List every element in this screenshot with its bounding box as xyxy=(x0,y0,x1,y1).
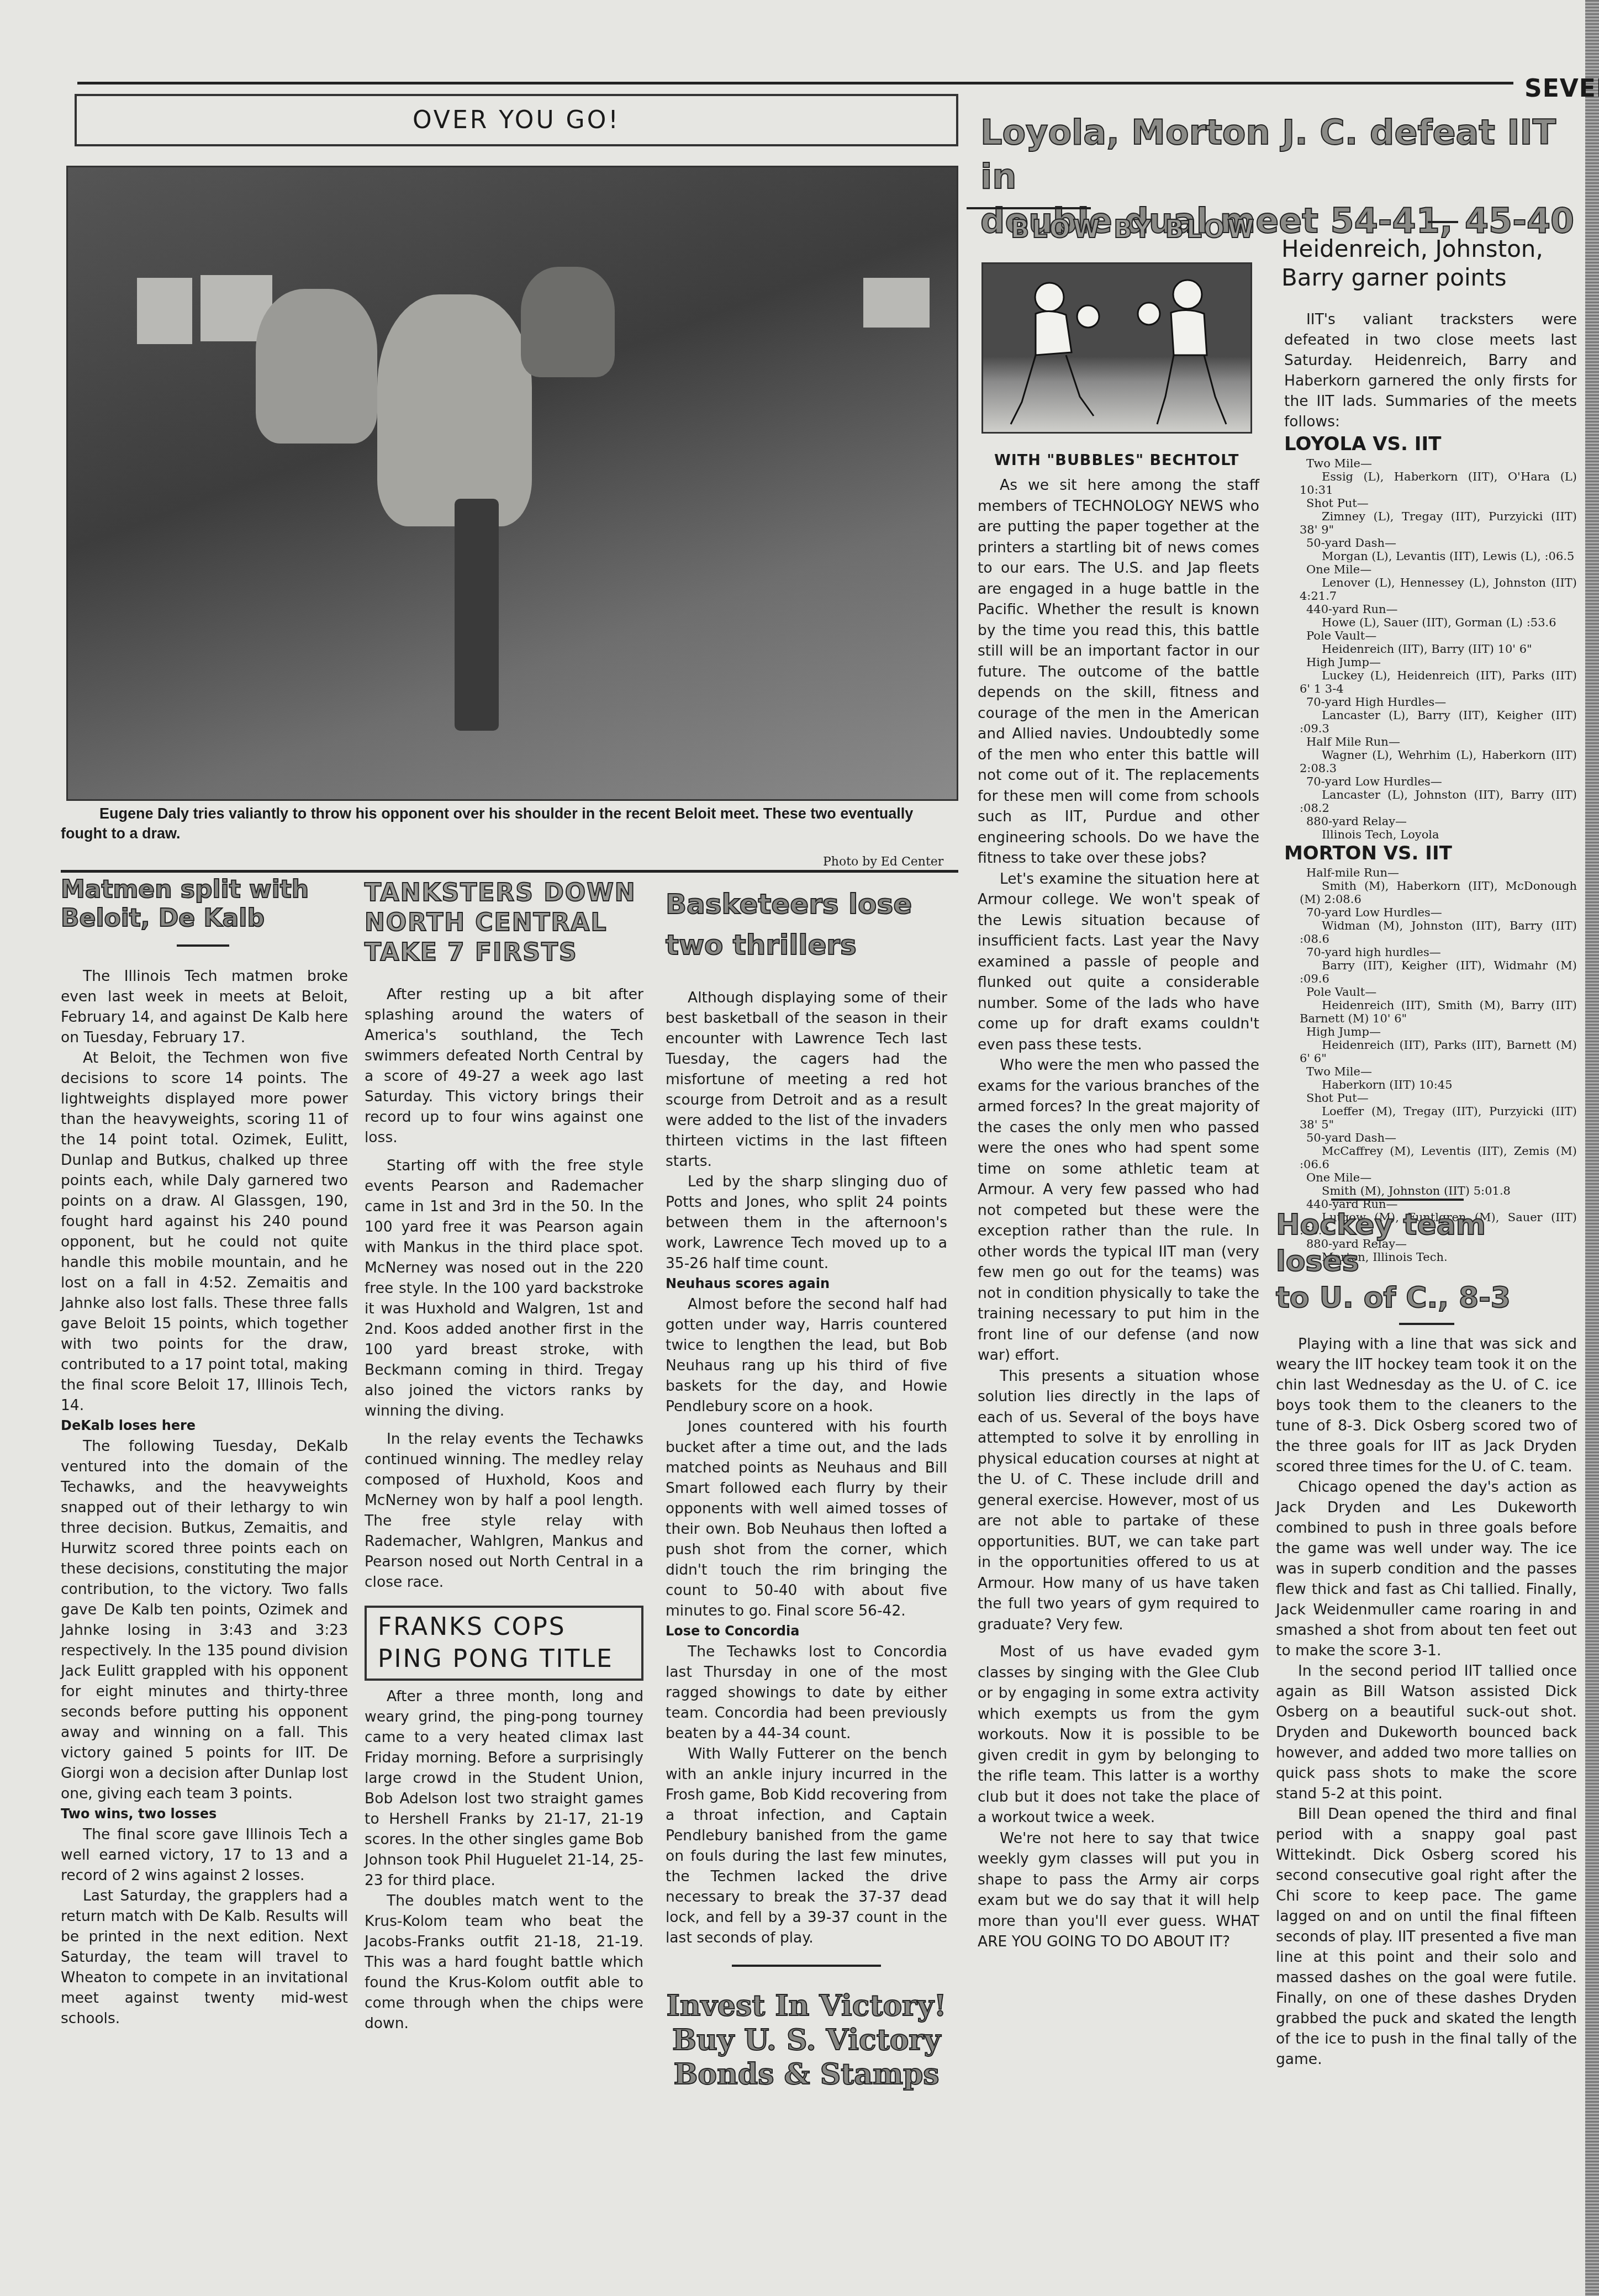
event-row: Half Mile Run—Wagner (L), Wehrhim (L), H… xyxy=(1284,735,1577,775)
photo-credit: Photo by Ed Center xyxy=(823,855,943,869)
hockey-article: Hockey team loses to U. of C., 8-3 Playi… xyxy=(1276,1207,1577,2070)
headline-rule xyxy=(967,207,1091,209)
event-row: Pole Vault—Heidenreich (IIT), Barry (IIT… xyxy=(1284,629,1577,656)
photo-title-text: OVER YOU GO! xyxy=(413,106,620,134)
photo-bottom-rule xyxy=(61,870,958,873)
headline-rule xyxy=(1399,1323,1454,1325)
track-article: IIT's valiant tracksters were defeated i… xyxy=(1284,309,1577,1264)
subhead: Two wins, two losses xyxy=(61,1804,348,1824)
section-rule xyxy=(1331,1199,1464,1201)
swimming-headline: TANKSTERS DOWN NORTH CENTRAL TAKE 7 FIRS… xyxy=(365,878,643,968)
headline-rule xyxy=(1428,221,1458,223)
blow-by-blow-column: As we sit here among the staff members o… xyxy=(978,475,1259,1952)
column-byline: WITH "BUBBLES" BECHTOLT xyxy=(994,452,1239,469)
morton-summary: Half-mile Run—Smith (M), Haberkorn (IIT)… xyxy=(1284,866,1577,1264)
column-title: BLOW BY BLOW xyxy=(1011,215,1257,244)
event-row: One Mile—Smith (M), Johnston (IIT) 5:01.… xyxy=(1284,1171,1577,1197)
wrestling-headline: Matmen split with Beloit, De Kalb xyxy=(61,875,348,933)
loyola-summary: Two Mile—Essig (L), Haberkorn (IIT), O'H… xyxy=(1284,457,1577,841)
morton-summary-title: MORTON VS. IIT xyxy=(1284,843,1577,864)
pingpong-headline-box: FRANKS COPS PING PONG TITLE xyxy=(365,1606,643,1681)
event-row: Shot Put—Loeffer (M), Tregay (IIT), Purz… xyxy=(1284,1091,1577,1131)
boxing-cartoon xyxy=(981,262,1252,434)
war-bonds-ad: Invest In Victory! Buy U. S. Victory Bon… xyxy=(666,1989,947,2092)
event-row: Pole Vault—Heidenreich (IIT), Smith (M),… xyxy=(1284,985,1577,1025)
event-row: Shot Put—Zimney (L), Tregay (IIT), Purzy… xyxy=(1284,497,1577,536)
section-rule xyxy=(732,1965,881,1967)
event-row: 70-yard High Hurdles—Lancaster (L), Barr… xyxy=(1284,695,1577,735)
event-row: Half-mile Run—Smith (M), Haberkorn (IIT)… xyxy=(1284,866,1577,906)
page-number: SEVEN xyxy=(1524,75,1599,103)
event-row: 50-yard Dash—McCaffrey (M), Leventis (II… xyxy=(1284,1131,1577,1171)
headline-rule xyxy=(177,944,229,947)
event-row: Two Mile—Essig (L), Haberkorn (IIT), O'H… xyxy=(1284,457,1577,497)
basketball-headline: Basketeers lose two thrillers xyxy=(666,884,947,965)
subhead: Neuhaus scores again xyxy=(666,1274,947,1294)
boxers-illustration-icon xyxy=(983,264,1252,434)
event-row: 50-yard Dash—Morgan (L), Levantis (IIT),… xyxy=(1284,536,1577,563)
loyola-summary-title: LOYOLA VS. IIT xyxy=(1284,434,1577,455)
page-binding-edge xyxy=(1585,0,1599,2296)
event-row: 440-yard Run—Howe (L), Sauer (IIT), Gorm… xyxy=(1284,603,1577,629)
basketball-article: Basketeers lose two thrillers Although d… xyxy=(666,884,947,2092)
photo-title: OVER YOU GO! xyxy=(75,94,958,146)
event-row: Two Mile—Haberkorn (IIT) 10:45 xyxy=(1284,1065,1577,1091)
wrestling-photo xyxy=(66,166,958,801)
hockey-headline: Hockey team loses to U. of C., 8-3 xyxy=(1276,1207,1577,1316)
event-row: 70-yard Low Hurdles—Widman (M), Johnston… xyxy=(1284,906,1577,946)
top-rule xyxy=(77,82,1513,85)
pingpong-article: After a three month, long and weary grin… xyxy=(365,1686,643,1891)
event-row: High Jump—Heidenreich (IIT), Parks (IIT)… xyxy=(1284,1025,1577,1065)
event-row: 70-yard Low Hurdles—Lancaster (L), Johns… xyxy=(1284,775,1577,815)
event-row: One Mile—Lenover (L), Hennessey (L), Joh… xyxy=(1284,563,1577,603)
wrestling-article: Matmen split with Beloit, De Kalb The Il… xyxy=(61,875,348,2029)
subhead: DeKalb loses here xyxy=(61,1416,348,1436)
event-row: 70-yard high hurdles—Barry (IIT), Keighe… xyxy=(1284,946,1577,985)
subhead: Lose to Concordia xyxy=(666,1621,947,1641)
photo-caption: Eugene Daly tries valiantly to throw his… xyxy=(61,804,956,843)
event-row: 880-yard Relay—Illinois Tech, Loyola xyxy=(1284,815,1577,841)
track-subhead: Heidenreich, Johnston, Barry garner poin… xyxy=(1281,235,1580,292)
swimming-article: TANKSTERS DOWN NORTH CENTRAL TAKE 7 FIRS… xyxy=(365,878,643,2034)
event-row: High Jump—Luckey (L), Heidenreich (IIT),… xyxy=(1284,656,1577,695)
